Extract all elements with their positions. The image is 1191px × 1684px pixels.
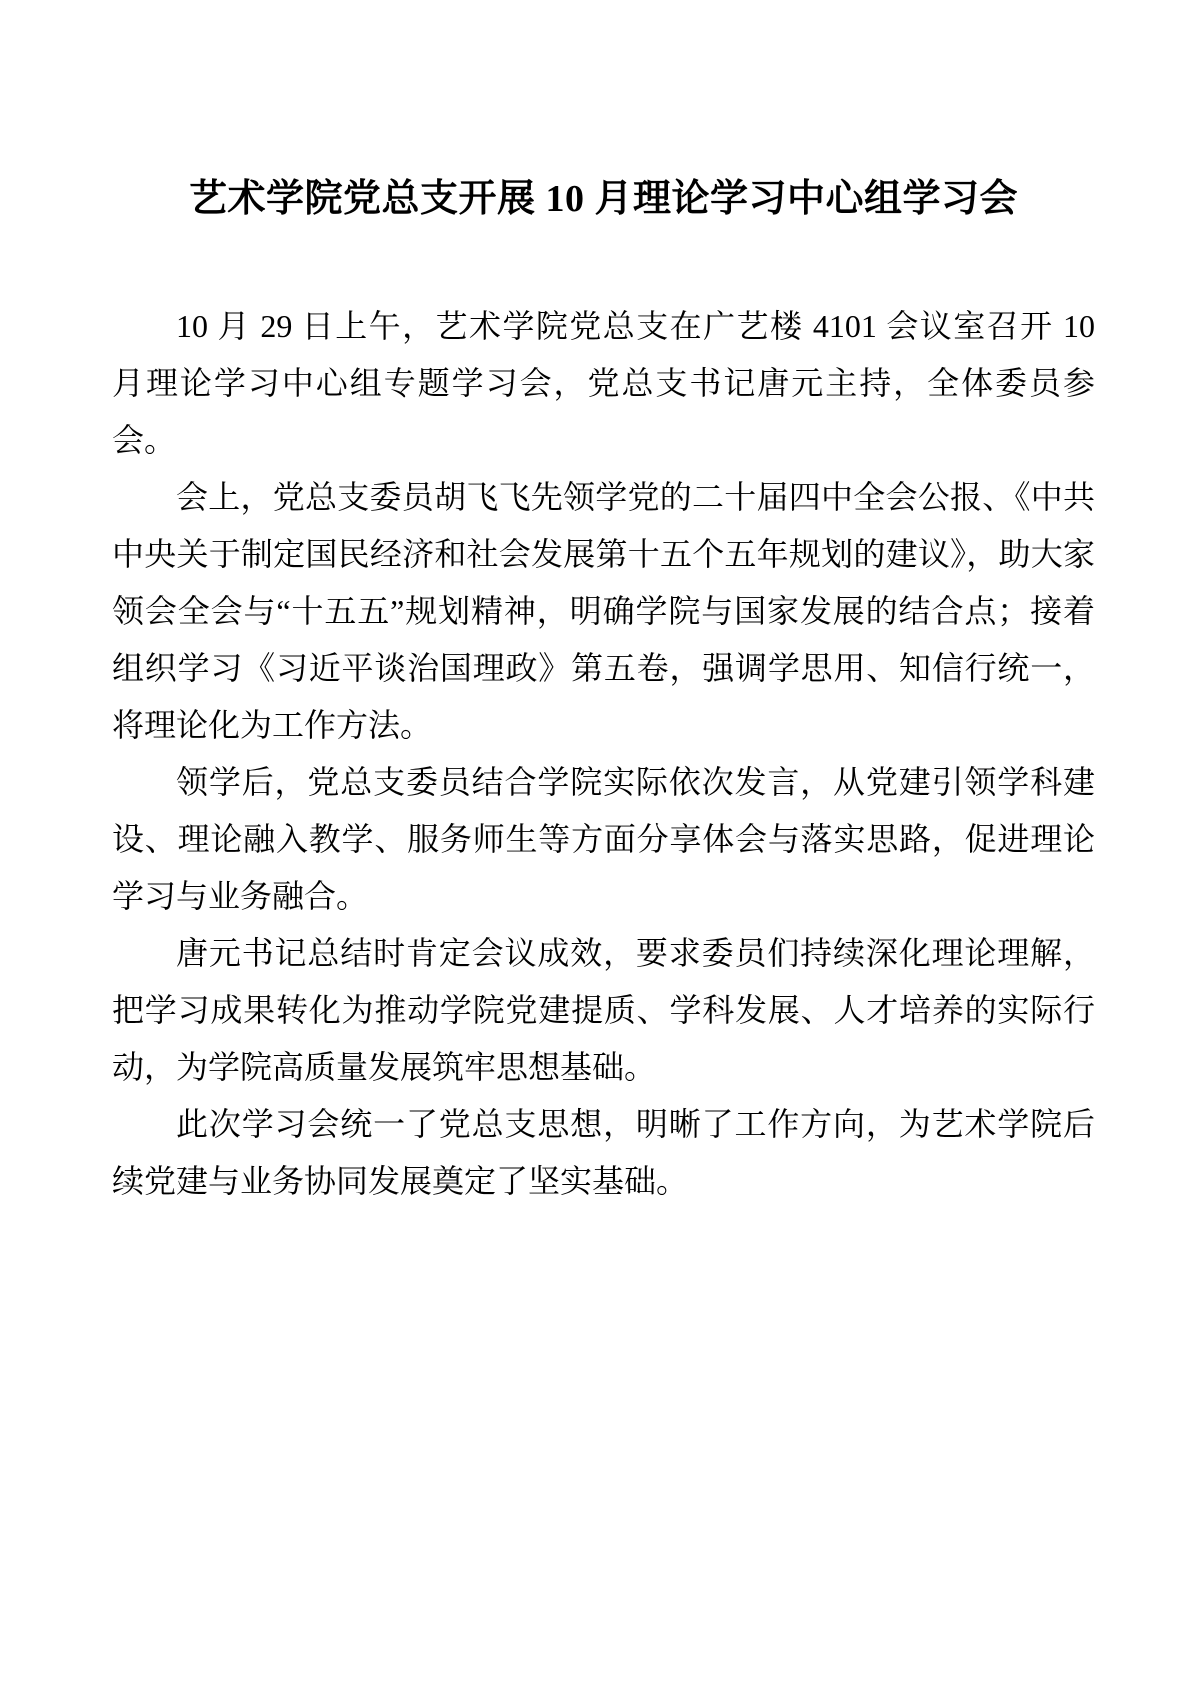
document-page: 艺术学院党总支开展 10 月理论学习中心组学习会 10 月 29 日上午，艺术学… [0, 0, 1191, 1684]
paragraph: 唐元书记总结时肯定会议成效，要求委员们持续深化理论理解，把学习成果转化为推动学院… [112, 925, 1095, 1096]
paragraph: 10 月 29 日上午，艺术学院党总支在广艺楼 4101 会议室召开 10 月理… [112, 298, 1095, 469]
document-title: 艺术学院党总支开展 10 月理论学习中心组学习会 [112, 168, 1095, 230]
paragraph: 领学后，党总支委员结合学院实际依次发言，从党建引领学科建设、理论融入教学、服务师… [112, 754, 1095, 925]
paragraph: 会上，党总支委员胡飞飞先领学党的二十届四中全会公报、《中共中央关于制定国民经济和… [112, 469, 1095, 754]
paragraph: 此次学习会统一了党总支思想，明晰了工作方向，为艺术学院后续党建与业务协同发展奠定… [112, 1096, 1095, 1210]
document-body: 10 月 29 日上午，艺术学院党总支在广艺楼 4101 会议室召开 10 月理… [112, 298, 1095, 1210]
